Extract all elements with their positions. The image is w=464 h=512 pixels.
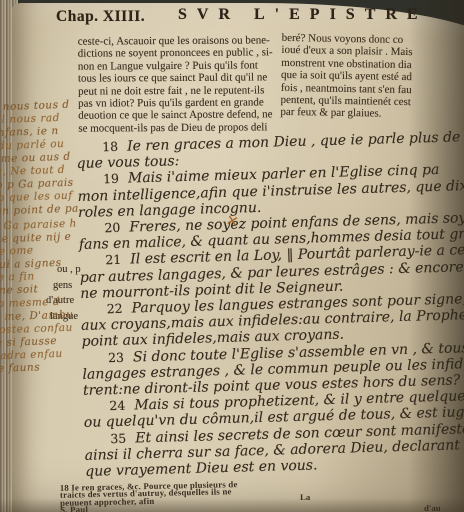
verse-number: 23 <box>82 349 133 365</box>
verse-number: 20 <box>78 220 129 236</box>
verse-number: 21 <box>79 252 130 268</box>
marginalia-line: e fauns <box>0 361 40 374</box>
intro-left-column: ceste-ci, Ascauoir que les oraisons ou b… <box>78 34 274 135</box>
marginalia-line: qui a signes <box>0 257 62 271</box>
verse-number: 19 <box>77 171 128 187</box>
verse-number: 22 <box>81 301 132 317</box>
handwritten-marginalia: s nous tous d Il nous rad enfans, ie n d… <box>0 0 70 512</box>
intro-line: se mocquent-ils pas de Dieu de propos de… <box>78 121 273 135</box>
verse-text-block: 18Ie ren graces a mon Dieu , que ie parl… <box>76 128 464 480</box>
verse-number: 35 <box>84 430 135 446</box>
intro-line: tous les iours ce que sainct Paul dit qu… <box>78 72 273 86</box>
marginalia-line: du parlé ou <box>0 138 65 152</box>
marginalia-line: e si fausse <box>0 335 57 349</box>
verse-number: 24 <box>83 398 134 414</box>
intro-right-column: beré? Nous voyons donc co ioué d'eux a s… <box>280 32 413 121</box>
marginalia-line: te quite nij e <box>0 231 71 246</box>
marginalia-line: un point de pa <box>0 203 79 218</box>
marginalia-line: me soit <box>0 283 38 296</box>
running-title: SVR L'EPISTRE <box>178 6 428 24</box>
footnote-fragment: d'au <box>424 503 441 512</box>
marginalia-line: e a fin <box>0 270 35 283</box>
marginalia-line: Il nous rad <box>0 112 60 126</box>
footnote-fragment: La <box>300 492 310 502</box>
marginalia-line: ab mesme d <box>0 296 60 310</box>
intro-line: deuotion ce que le sainct Apostre defend… <box>78 109 273 123</box>
verse-number: 18 <box>76 139 127 155</box>
marginalia-line: padra enfau <box>0 348 63 362</box>
intro-line: dictions ne soyent prononcees en public … <box>78 47 273 61</box>
book-photo: Chap. XIIII. SVR L'EPISTRE ceste-ci, Asc… <box>0 0 464 512</box>
marginalia-line: enfans, ie n <box>0 125 59 139</box>
marginalia-line: ie, Ne tout d <box>0 164 65 179</box>
marginalia-line: e ome <box>0 244 34 257</box>
footnote-block: 18 Ie ren graces, &c. Pource que plusieu… <box>60 481 238 512</box>
marginalia-line: postea confau <box>0 322 73 337</box>
intro-line: par feux & par glaiues. <box>280 106 411 121</box>
